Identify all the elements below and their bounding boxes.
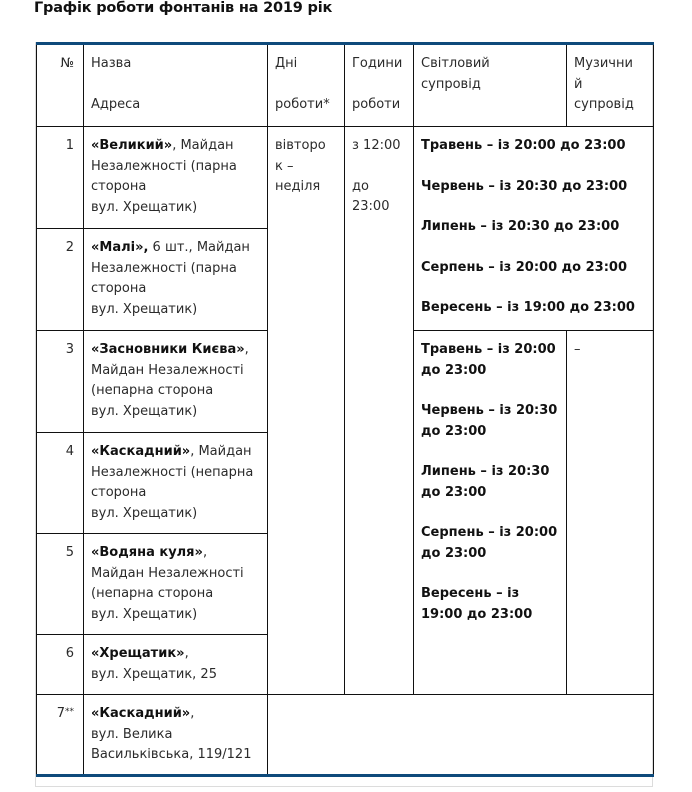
row-num: 1 (37, 127, 84, 229)
fountain-name: «Водяна куля» (91, 545, 203, 560)
fountain-name: «Хрещатик» (91, 646, 185, 661)
fountain-schedule-table: № НазваАдреса Дніроботи* Годинироботи Св… (36, 42, 654, 777)
row-name-address: «Водяна куля», Майдан Незалежності (непа… (84, 534, 268, 635)
row-name-address: «Великий», Майдан Незалежності (парна ст… (84, 127, 268, 229)
fountain-name: «Каскадний» (91, 444, 190, 459)
hours-cell: з 12:00до23:00 (345, 127, 414, 695)
row-name-address: «Малі», 6 шт., Майдан Незалежності (парн… (84, 229, 268, 331)
row-name-address: «Засновники Києва», Майдан Незалежності … (84, 331, 268, 433)
light-schedule-group-1: Травень – із 20:00 до 23:00Червень – із … (414, 127, 654, 331)
row-num: 7** (37, 695, 84, 776)
table-header-row: № НазваАдреса Дніроботи* Годинироботи Св… (37, 44, 654, 127)
header-name-address: НазваАдреса (84, 44, 268, 127)
fountain-name: «Каскадний» (91, 706, 190, 721)
month-schedule: Травень – із 20:00 до 23:00 (421, 340, 559, 381)
empty-cell (268, 695, 654, 776)
fountain-name: «Засновники Києва» (91, 342, 245, 357)
month-schedule: Липень – із 20:30 до 23:00 (421, 462, 559, 503)
row-name-address: «Каскадний»,вул. Велика Васильківська, 1… (84, 695, 268, 776)
light-schedule-group-2: Травень – із 20:00 до 23:00Червень – із … (414, 331, 567, 695)
month-schedule: Серпень – із 20:00 до 23:00 (421, 523, 559, 564)
row-num: 4 (37, 433, 84, 534)
header-music: Музичнийсупровід (567, 44, 654, 127)
table-row: 1 «Великий», Майдан Незалежності (парна … (37, 127, 654, 229)
header-num: № (37, 44, 84, 127)
row-num: 3 (37, 331, 84, 433)
month-schedule: Червень – із 20:30 до 23:00 (421, 177, 646, 198)
days-cell: вівторок –неділя (268, 127, 345, 695)
table-row: 7** «Каскадний»,вул. Велика Васильківськ… (37, 695, 654, 776)
header-light: Світловийсупровід (414, 44, 567, 127)
month-schedule: Липень – із 20:30 до 23:00 (421, 217, 646, 238)
row-num: 5 (37, 534, 84, 635)
fountain-name: «Малі», (91, 240, 148, 255)
fountain-name: «Великий» (91, 138, 172, 153)
month-schedule: Червень – із 20:30 до 23:00 (421, 401, 559, 442)
row-name-address: «Каскадний», Майдан Незалежності (непарн… (84, 433, 268, 534)
row-num: 2 (37, 229, 84, 331)
page-title: Графік роботи фонтанів на 2019 рік (34, 0, 332, 16)
month-schedule: Серпень – із 20:00 до 23:00 (421, 258, 646, 279)
music-cell: – (567, 331, 654, 695)
month-schedule: Вересень – із 19:00 до 23:00 (421, 584, 559, 625)
month-schedule: Вересень – із 19:00 до 23:00 (421, 298, 646, 319)
month-schedule: Травень – із 20:00 до 23:00 (421, 136, 646, 157)
header-hours: Годинироботи (345, 44, 414, 127)
row-num: 6 (37, 635, 84, 695)
header-days: Дніроботи* (268, 44, 345, 127)
row-name-address: «Хрещатик»,вул. Хрещатик, 25 (84, 635, 268, 695)
